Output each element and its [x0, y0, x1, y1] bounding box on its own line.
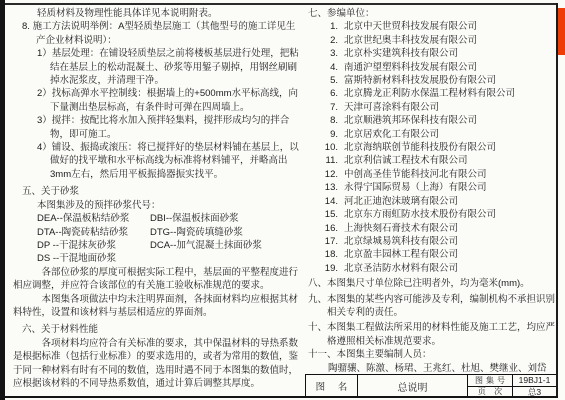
participant-name: 上海快刻石膏技术有限公司 [344, 222, 458, 235]
frame-top-border [5, 3, 558, 5]
step-1: 1）基层处理：在铺设轻质垫层之前将楼板基层进行处理，把粘结在基层上的松动混凝土、… [37, 47, 299, 87]
frame-left-border [0, 0, 5, 400]
participant-number: 9. [308, 128, 338, 141]
participant-name: 北京利信诚工程技术有限公司 [344, 154, 468, 167]
participant-name: 北京绿城易筑科技有限公司 [344, 235, 458, 248]
drawing-name-value: 总说明 [358, 375, 468, 397]
participant-row: 18.北京盈丰园林工程有限公司 [308, 248, 556, 261]
participant-row: 11.北京利信诚工程技术有限公司 [308, 154, 556, 167]
participant-number: 17. [308, 235, 338, 248]
section-10-text: 本图集工程做法所采用的材料性能及施工工艺，均应严格遵照相关标准规范要求。 [327, 322, 555, 346]
section-9-text: 本图集的某些内容可能涉及专利，编制机构不承担识别相关专利的责任。 [327, 294, 555, 318]
participant-row: 5.富斯特新材料科技发展股份有限公司 [308, 74, 556, 87]
mortar-code: DCA--加气混凝土抹面砂浆 [150, 239, 262, 252]
participant-name: 南通沪望塑料科技发展有限公司 [344, 61, 477, 74]
participant-number: 8. [308, 114, 338, 127]
participant-number: 19. [308, 262, 338, 275]
atlas-number-row: 图集号 19BJ1-1 [468, 375, 556, 386]
participant-name: 北京顺港筑邦环保科技有限公司 [344, 114, 477, 127]
step-2-number: 2） [37, 88, 52, 99]
participant-number: 6. [308, 87, 338, 100]
participant-name: 中创高圣佳节能科技河北有限公司 [344, 168, 487, 181]
step-3: 3）搅拌：按配比将水加入预拌轻集料，搅拌形成均匀的拌合物，即可施工。 [37, 114, 299, 141]
atlas-number-value: 19BJ1-1 [513, 375, 556, 386]
section-6-title: 六、关于材料性能 [22, 323, 299, 336]
step-4: 4）铺设、振捣或滚压：将已搅拌好的垫层材料铺在基层上，以做好的找平墩和水平标高线… [37, 141, 299, 181]
drawing-name-label: 图 名 [306, 375, 358, 397]
participant-row: 15.北京东方雨虹防水技术股份有限公司 [308, 208, 556, 221]
step-3-text: 搅拌：按配比将水加入预拌轻集料，搅拌形成均匀的拌合物，即可施工。 [50, 115, 289, 139]
title-block: 图 名 总说明 图集号 19BJ1-1 页 次 总3 [305, 374, 557, 398]
mortar-code: DP --干混抹灰砂浆 [37, 239, 150, 252]
participant-name: 天津可喜涂料有限公司 [344, 101, 439, 114]
section-10: 十、本图集工程做法所采用的材料性能及施工工艺，均应严格遵照相关标准规范要求。 [308, 321, 556, 348]
step-4-number: 4） [37, 142, 52, 153]
section-6-paragraph: 各项材料均应符合有关标准的要求，其中保温材料的导热系数是根据标准（包括行业标准）… [13, 337, 299, 391]
participant-name: 北京世纪奥丰科技发展有限公司 [344, 34, 477, 47]
left-column: 轻质材料及物理性能具体详见本说明附表。 8. 施工方法说明举例：A型轻质垫层施工… [22, 7, 299, 390]
step-1-text: 基层处理：在铺设轻质垫层之前将楼板基层进行处理，把粘结在基层上的松动混凝土、砂浆… [50, 48, 299, 86]
participant-name: 北京盈丰园林工程有限公司 [344, 248, 458, 261]
participant-name: 北京中天世贸科技发展有限公司 [344, 20, 477, 33]
participant-row: 13.永得宁国际贸易（上海）有限公司 [308, 181, 556, 194]
section-11-title: 十一、本图集主要编制人员： [308, 348, 556, 361]
item-8-number: 8. [22, 21, 30, 32]
intro-line: 轻质材料及物理性能具体详见本说明附表。 [22, 7, 299, 20]
mortar-code: DTA--陶瓷砖粘结砂浆 [37, 226, 150, 239]
section-10-label: 十、 [308, 322, 327, 333]
participant-number: 18. [308, 248, 338, 261]
participant-number: 4. [308, 61, 338, 74]
mortar-code: DEA--保温板粘结砂浆 [37, 212, 150, 225]
participant-name: 北京海纳联创节能科技股份有限公司 [344, 141, 496, 154]
right-column: 七、参编单位： 1.北京中天世贸科技发展有限公司 2.北京世纪奥丰科技发展有限公… [308, 7, 556, 388]
participant-number: 2. [308, 34, 338, 47]
document-sheet: 轻质材料及物理性能具体详见本说明附表。 8. 施工方法说明举例：A型轻质垫层施工… [0, 0, 565, 400]
step-3-number: 3） [37, 115, 52, 126]
atlas-number-label: 图集号 [468, 375, 513, 386]
participant-name: 北京东方雨虹防水技术股份有限公司 [344, 208, 496, 221]
section-9: 九、本图集的某些内容可能涉及专利，编制机构不承担识别相关专利的责任。 [308, 293, 556, 320]
participant-name: 富斯特新材料科技发展股份有限公司 [344, 74, 496, 87]
participant-row: 10.北京海纳联创节能科技股份有限公司 [308, 141, 556, 154]
participant-row: 14.河北正迪泡沫玻璃有限公司 [308, 195, 556, 208]
item-8-text: 施工方法说明举例：A型轻质垫层施工（其他型号的施工详见生产企业材料说明）： [33, 21, 296, 45]
participant-number: 3. [308, 47, 338, 60]
participant-row: 9.北京居欢化工有限公司 [308, 128, 556, 141]
red-edge-tab [558, 8, 565, 55]
section-5-lead: 本图集涉及的预拌砂浆代号： [22, 199, 299, 212]
participant-number: 13. [308, 181, 338, 194]
participant-row: 12.中创高圣佳节能科技河北有限公司 [308, 168, 556, 181]
participant-number: 12. [308, 168, 338, 181]
mortar-code: DTG--陶瓷砖填缝砂浆 [150, 226, 243, 239]
participant-row: 6.北京腾龙正利防水保温工程材料有限公司 [308, 87, 556, 100]
participant-number: 1. [308, 20, 338, 33]
mortar-code-row: DP --干混抹灰砂浆DCA--加气混凝土抹面砂浆 [22, 239, 299, 252]
title-block-right: 图集号 19BJ1-1 页 次 总3 [468, 375, 556, 397]
participant-row: 17.北京绿城易筑科技有限公司 [308, 235, 556, 248]
participant-name: 北京圣洁防水材料有限公司 [344, 262, 458, 275]
mortar-code-row: DEA--保温板粘结砂浆DBI--保温板抹面砂浆 [22, 212, 299, 225]
step-1-number: 1） [37, 48, 52, 59]
participant-name: 北京朴实建筑科技有限公司 [344, 47, 458, 60]
participant-number: 7. [308, 101, 338, 114]
participant-name: 北京腾龙正利防水保温工程材料有限公司 [344, 87, 515, 100]
participant-number: 16. [308, 222, 338, 235]
participant-row: 8.北京顺港筑邦环保科技有限公司 [308, 114, 556, 127]
mortar-code-row: DS --干混地面砂浆 [22, 252, 299, 265]
section-9-label: 九、 [308, 294, 327, 305]
participant-number: 11. [308, 154, 338, 167]
section-7-title: 七、参编单位： [308, 7, 556, 20]
section-8: 八、本图集尺寸单位除已注明者外，均为毫米(mm)。 [308, 277, 556, 290]
participant-name: 河北正迪泡沫玻璃有限公司 [344, 195, 458, 208]
frame-bottom-border [0, 396, 558, 398]
item-8: 8. 施工方法说明举例：A型轻质垫层施工（其他型号的施工详见生产企业材料说明）： [22, 20, 299, 47]
participant-name: 永得宁国际贸易（上海）有限公司 [344, 181, 487, 194]
participant-row: 4.南通沪望塑料科技发展有限公司 [308, 61, 556, 74]
participant-number: 5. [308, 74, 338, 87]
section-5-paragraph-1: 各部位砂浆的厚度可根据实际工程中，基层面的平整程度进行相应调整，并应符合该部位的… [13, 266, 299, 293]
participant-row: 3.北京朴实建筑科技有限公司 [308, 47, 556, 60]
editors-line: 陶骝骧、陈激、杨珺、王兆红、杜旭、樊继业、刘岱 [308, 362, 556, 375]
participant-number: 14. [308, 195, 338, 208]
section-8-text: 本图集尺寸单位除已注明者外，均为毫米(mm)。 [327, 278, 530, 289]
frame-right-border [556, 3, 558, 398]
participant-name: 北京居欢化工有限公司 [344, 128, 439, 141]
participant-row: 16.上海快刻石膏技术有限公司 [308, 222, 556, 235]
section-5-paragraph-2: 本图集各项做法中均未注明界面剂，各抹面材料均应根据其材料特性，设置和该材料与基层… [13, 293, 299, 320]
mortar-code: DS --干混地面砂浆 [37, 252, 150, 265]
step-4-text: 铺设、振捣或滚压：将已搅拌好的垫层材料铺在基层上，以做好的找平墩和水平标高线为标… [50, 142, 299, 180]
mortar-code: DBI--保温板抹面砂浆 [150, 212, 239, 225]
step-2-text: 找标高弹水平控制线：根据墙上的+500mm水平标高线，向下量测出垫层标高，有条件… [50, 88, 298, 112]
participant-number: 15. [308, 208, 338, 221]
participant-row: 1.北京中天世贸科技发展有限公司 [308, 20, 556, 33]
participant-row: 19.北京圣洁防水材料有限公司 [308, 262, 556, 275]
participant-number: 10. [308, 141, 338, 154]
step-2: 2）找标高弹水平控制线：根据墙上的+500mm水平标高线，向下量测出垫层标高，有… [37, 87, 299, 114]
participant-row: 7.天津可喜涂料有限公司 [308, 101, 556, 114]
section-8-label: 八、 [308, 278, 327, 289]
section-5-title: 五、关于砂浆 [22, 185, 299, 198]
mortar-code-row: DTA--陶瓷砖粘结砂浆DTG--陶瓷砖填缝砂浆 [22, 226, 299, 239]
participant-row: 2.北京世纪奥丰科技发展有限公司 [308, 34, 556, 47]
